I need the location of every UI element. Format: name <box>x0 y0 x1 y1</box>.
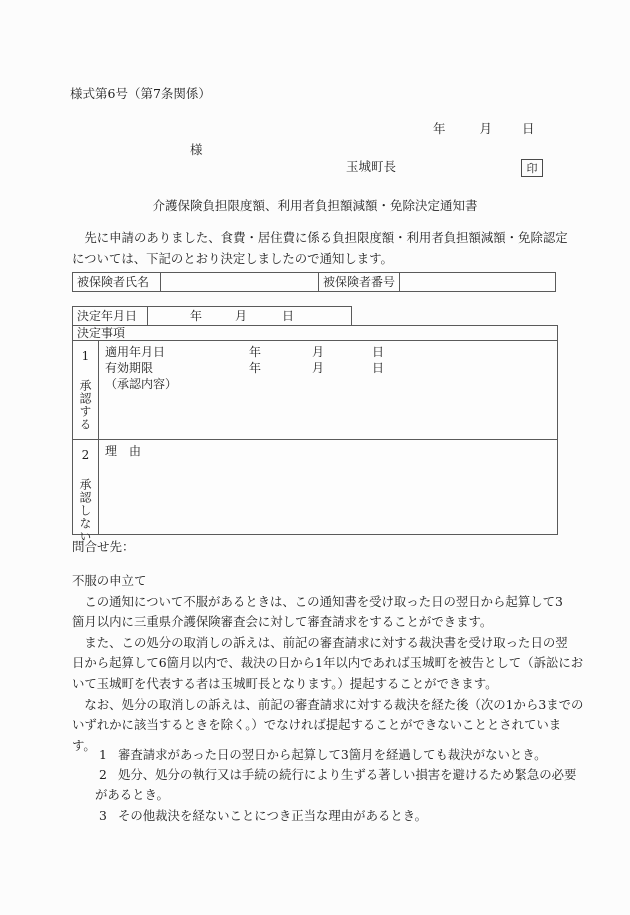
applicable-day-label: 日 <box>372 345 384 360</box>
approve-row-content: 適用年月日 年 月 日 有効期限 年 月 日 （承認内容） <box>99 341 557 439</box>
insured-table: 被保険者氏名 被保険者番号 <box>72 272 556 292</box>
approve-side-column: 1 承認する <box>73 341 99 439</box>
list-item: 2 処分、処分の執行又は手続の続行により生ずる著しい損害を避けるため緊急の必要 <box>99 765 576 785</box>
appeal-line: この通知について不服があるときは、この通知書を受け取った日の翌日から起算して3 <box>72 592 583 613</box>
decision-date-month-label: 月 <box>235 309 247 324</box>
appeal-line: 箇月以内に三重県介護保険審査会に対して審査請求をすることができます。 <box>72 612 583 633</box>
form-number: 様式第6号（第7条関係） <box>70 85 211 102</box>
reject-side-column: 2 承認しない <box>73 440 99 534</box>
list-item-text: 審査請求があった日の翌日から起算して3箇月を経過しても裁決がないとき。 <box>118 745 547 765</box>
expiry-label: 有効期限 <box>105 361 153 376</box>
decision-date-row: 決定年月日 年 月 日 <box>72 306 352 326</box>
decision-date-value: 年 月 日 <box>148 307 351 325</box>
appeal-line: また、この処分の取消しの訴えは、前記の審査請求に対する裁決書を受け取った日の翌 <box>72 633 583 654</box>
contact-heading: 問合せ先： <box>72 538 135 555</box>
applicable-year-label: 年 <box>249 345 261 360</box>
reject-row-label: 承認しない <box>77 478 94 543</box>
appeal-line: なお、処分の取消しの訴えは、前記の審査請求に対する裁決を経た後（次の1から3まで… <box>72 695 583 716</box>
insured-name-value <box>160 273 318 291</box>
list-item-number: 3 <box>99 806 118 826</box>
addressee-honorific: 様 <box>190 141 203 158</box>
list-item-continuation: があるとき。 <box>95 785 576 805</box>
issue-date-line: 年月日 <box>433 120 535 137</box>
approval-content-line: （承認内容） <box>99 377 557 393</box>
list-item-text: 処分、処分の執行又は手続の続行により生ずる著しい損害を避けるため緊急の必要 <box>118 765 576 785</box>
appeal-line: いずれかに該当するときを除く。）でなければ提起することができないこととされていま <box>72 715 583 736</box>
seal-box: 印 <box>521 159 543 177</box>
approve-row: 1 承認する 適用年月日 年 月 日 有効期限 年 月 日 （承認内容） <box>73 341 557 439</box>
list-item-text: その他裁決を経ないことにつき正当な理由があるとき。 <box>118 806 427 826</box>
approve-row-number: 1 <box>82 349 90 363</box>
document-page: 様式第6号（第7条関係） 年月日 様 玉城町長 印 介護保険負担限度額、利用者負… <box>0 0 630 915</box>
appeal-line: いて玉城町を代表する者は玉城町長となります。）提起することができます。 <box>72 674 583 695</box>
day-label: 日 <box>522 121 535 136</box>
reject-row: 2 承認しない 理 由 <box>73 439 557 534</box>
expiry-date-line: 有効期限 年 月 日 <box>99 361 557 377</box>
applicable-date-line: 適用年月日 年 月 日 <box>99 345 557 361</box>
issuer-name: 玉城町長 <box>346 158 396 175</box>
applicable-date-label: 適用年月日 <box>105 345 165 360</box>
intro-line-1: 先に申請のありました、食費・居住費に係る負担限度額・利用者負担額減額・免除認定 <box>72 228 568 249</box>
page-title: 介護保険負担限度額、利用者負担額減額・免除決定通知書 <box>0 197 630 214</box>
list-item: 3 その他裁決を経ないことにつき正当な理由があるとき。 <box>99 806 576 826</box>
appeal-section: 不服の申立て この通知について不服があるときは、この通知書を受け取った日の翌日か… <box>72 571 583 756</box>
insured-number-label: 被保険者番号 <box>318 273 399 291</box>
decision-items-header: 決定事項 <box>72 325 558 341</box>
decision-date-year-label: 年 <box>190 309 202 324</box>
approval-content-label: （承認内容） <box>105 377 177 392</box>
expiry-day-label: 日 <box>372 361 384 376</box>
reject-row-number: 2 <box>82 448 90 462</box>
insured-number-value <box>399 273 555 291</box>
list-item: 1 審査請求があった日の翌日から起算して3箇月を経過しても裁決がないとき。 <box>99 745 576 765</box>
month-label: 月 <box>480 121 493 136</box>
appeal-line: 日から起算して6箇月以内で、裁決の日から1年以内であれば玉城町を被告として（訴訟… <box>72 653 583 674</box>
applicable-month-label: 月 <box>312 345 324 360</box>
decision-date-label: 決定年月日 <box>73 307 148 325</box>
expiry-month-label: 月 <box>312 361 324 376</box>
intro-paragraph: 先に申請のありました、食費・居住費に係る負担限度額・利用者負担額減額・免除認定 … <box>72 228 568 270</box>
list-item-number: 1 <box>99 745 118 765</box>
list-item-number: 2 <box>99 765 118 785</box>
reject-row-content: 理 由 <box>99 440 557 534</box>
intro-line-2: については、下記のとおり決定しましたので通知します。 <box>72 249 568 270</box>
decision-date-day-label: 日 <box>282 309 294 324</box>
insured-name-label: 被保険者氏名 <box>73 273 160 291</box>
seal-label: 印 <box>527 163 538 174</box>
appeal-conditions-list: 1 審査請求があった日の翌日から起算して3箇月を経過しても裁決がないとき。 2 … <box>99 745 576 826</box>
appeal-heading: 不服の申立て <box>72 571 583 592</box>
decision-table: 1 承認する 適用年月日 年 月 日 有効期限 年 月 日 （承認内容） <box>72 340 558 535</box>
reason-label: 理 由 <box>105 444 141 459</box>
expiry-year-label: 年 <box>249 361 261 376</box>
approve-row-label: 承認する <box>77 379 94 431</box>
year-label: 年 <box>433 121 446 136</box>
